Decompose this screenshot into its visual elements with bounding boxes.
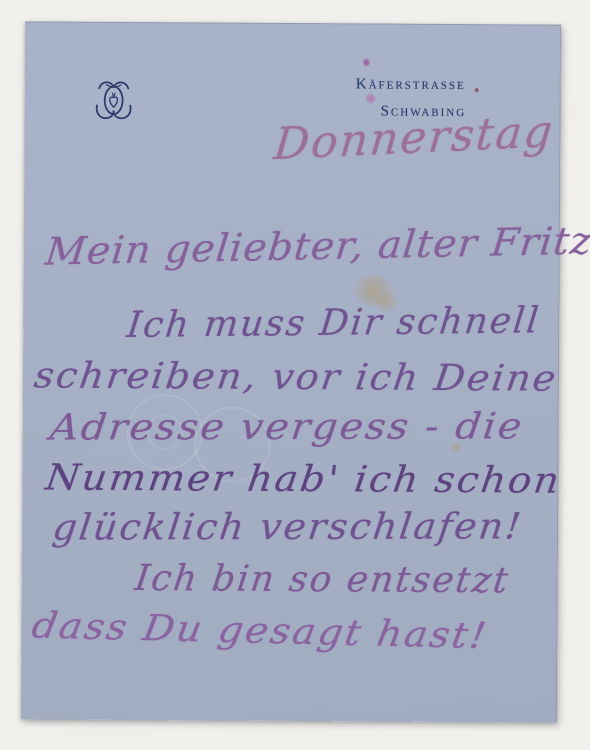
letter-paper: Käferstrasse Schwabing Donnerstag Mein g…: [21, 21, 561, 722]
handwritten-line: Nummer hab' ich schon: [43, 458, 563, 502]
monogram-icon: [90, 77, 136, 132]
handwritten-date: Donnerstag: [272, 106, 557, 170]
handwritten-line: Adresse vergess - die: [48, 406, 526, 448]
ink-spot: [363, 58, 370, 66]
handwritten-salutation: Mein geliebter, alter Fritz: [43, 219, 590, 274]
ink-spot: [475, 88, 479, 92]
handwritten-line: Ich bin so entsetzt: [133, 558, 513, 601]
ink-spot: [366, 93, 376, 103]
handwritten-line: glücklich verschlafen!: [50, 506, 525, 548]
handwritten-line: Ich muss Dir schnell: [125, 300, 543, 346]
handwritten-line: dass Du gesagt hast!: [29, 605, 491, 657]
handwritten-line: schreiben, vor ich Deine: [32, 355, 560, 399]
letterhead-street: Käferstrasse: [356, 76, 466, 94]
scanned-letter-background: Käferstrasse Schwabing Donnerstag Mein g…: [0, 0, 590, 750]
